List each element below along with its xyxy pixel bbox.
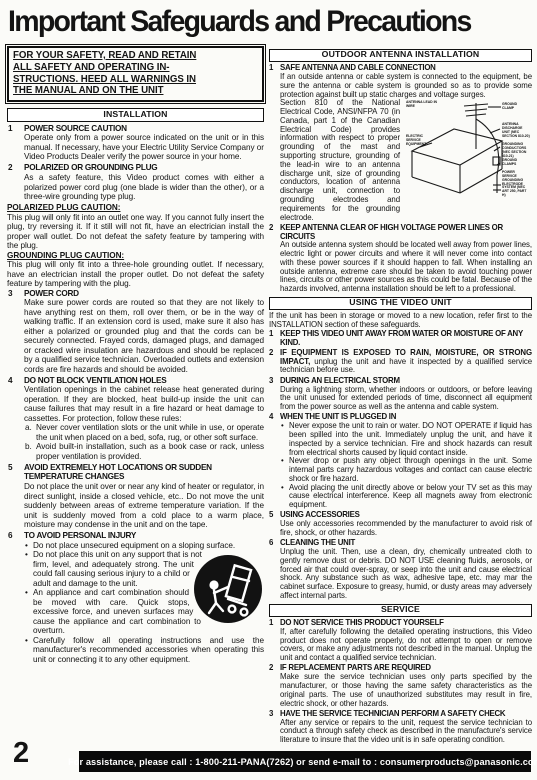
item-body: IF EQUIPMENT IS EXPOSED TO RAIN, MOISTUR…: [280, 349, 532, 375]
item-title: DO NOT BLOCK VENTILATION HOLES: [24, 376, 264, 386]
bullet: Never expose the unit to rain or water. …: [280, 422, 532, 457]
section-header-installation: INSTALLATION: [7, 108, 264, 122]
rule-text: Avoid built-in installation, such as a b…: [36, 442, 264, 461]
using-item-2: 2 IF EQUIPMENT IS EXPOSED TO RAIN, MOIST…: [269, 349, 532, 375]
item-number: 5: [269, 511, 273, 520]
installation-item-2: 2 POLARIZED OR GROUNDING PLUG As a safet…: [7, 163, 264, 201]
item-number: 2: [269, 664, 273, 673]
item-body: Use only accessories recommended by the …: [280, 520, 532, 538]
item-body: Section 810 of the National Electrical C…: [280, 98, 400, 221]
caution-title: GROUNDING PLUG CAUTION:: [7, 251, 264, 261]
item-body: An outside antenna system should be loca…: [280, 241, 532, 294]
item-title: POWER CORD: [24, 289, 264, 299]
section-header-outdoor-antenna: OUTDOOR ANTENNA INSTALLATION: [269, 49, 532, 62]
item-number: 4: [269, 413, 273, 422]
installation-item-6: 6 TO AVOID PERSONAL INJURY Do not place …: [7, 531, 264, 664]
bullet: Avoid placing the unit directly above or…: [280, 484, 532, 510]
item-body: If, after carefully following the detail…: [280, 628, 532, 663]
using-item-5: 5 USING ACCESSORIES Use only accessories…: [269, 511, 532, 537]
rule-label: a.: [25, 423, 32, 433]
item-body: Operate only from a power source indicat…: [24, 133, 264, 162]
item-number: 2: [8, 163, 13, 173]
caution-body: This plug will only fit into a three-hol…: [7, 260, 264, 289]
item-body: If an outside antenna or cable system is…: [280, 73, 532, 99]
bullet: Do not place this unit on any support th…: [24, 550, 264, 588]
section-header-service: SERVICE: [269, 604, 532, 617]
notice-line: ALL SAFETY AND OPERATING IN-: [13, 62, 258, 74]
left-column: FOR YOUR SAFETY, READ AND RETAIN ALL SAF…: [7, 46, 264, 666]
installation-item-3: 3 POWER CORD Make sure power cords are r…: [7, 289, 264, 375]
using-item-6: 6 CLEANING THE UNIT Unplug the unit. The…: [269, 539, 532, 600]
item-number: 3: [8, 289, 13, 299]
diagram-label: ANTENNA LEAD IN WIRE: [406, 101, 446, 108]
notice-line: STRUCTIONS. HEED ALL WARNINGS IN: [13, 74, 258, 86]
item-number: 1: [8, 124, 13, 134]
item-body-rest: unplug the unit and have it inspected by…: [280, 357, 532, 375]
item-number: 5: [8, 463, 13, 473]
bullet: Never drop or push any object through op…: [280, 457, 532, 483]
item-title: TO AVOID PERSONAL INJURY: [24, 531, 264, 541]
diagram-label: ELECTRIC SERVICE EQUIPMENT: [406, 135, 430, 146]
item-body: Do not place the unit over or near any k…: [24, 482, 264, 530]
bullet: Do not place unsecured equipment on a sl…: [24, 541, 264, 551]
service-item-3: 3 HAVE THE SERVICE TECHNICIAN PERFORM A …: [269, 710, 532, 745]
service-item-1: 1 DO NOT SERVICE THIS PRODUCT YOURSELF I…: [269, 619, 532, 663]
diagram-label: GROUND CLAMP: [502, 103, 530, 110]
item-title: POLARIZED OR GROUNDING PLUG: [24, 163, 264, 173]
item-body: After any service or repairs to the unit…: [280, 719, 532, 745]
assistance-footer-bar: For assistance, please call : 1-800-211-…: [79, 751, 531, 772]
using-intro: If the unit has been in storage or moved…: [269, 312, 532, 330]
item-number: 1: [269, 619, 273, 628]
item-title: AVOID EXTREMELY HOT LOCATIONS OR SUDDEN …: [24, 463, 264, 482]
outdoor-item-2: 2 KEEP ANTENNA CLEAR OF HIGH VOLTAGE POW…: [269, 224, 532, 294]
item-number: 2: [269, 349, 273, 358]
caution-title: POLARIZED PLUG CAUTION:: [7, 203, 264, 213]
rule-a: a. Never cover ventilation slots or the …: [24, 423, 264, 442]
item-number: 6: [269, 539, 273, 548]
grounding-plug-caution: GROUNDING PLUG CAUTION: This plug will o…: [7, 251, 264, 289]
item-number: 2: [269, 224, 273, 233]
polarized-plug-caution: POLARIZED PLUG CAUTION: This plug will o…: [7, 203, 264, 251]
notice-line: THE MANUAL AND ON THE UNIT: [13, 85, 258, 97]
caution-body: This plug will only fit into an outlet o…: [7, 213, 264, 251]
rule-b: b. Avoid built-in installation, such as …: [24, 442, 264, 461]
notice-line: FOR YOUR SAFETY, READ AND RETAIN: [13, 50, 258, 62]
diagram-label: GROUNDING CONDUCTORS (NEC SECTION 810-21…: [502, 143, 530, 158]
installation-item-1: 1 POWER SOURCE CAUTION Operate only from…: [7, 124, 264, 162]
right-column: OUTDOOR ANTENNA INSTALLATION 1 SAFE ANTE…: [269, 46, 532, 746]
safety-notice-box: FOR YOUR SAFETY, READ AND RETAIN ALL SAF…: [7, 46, 264, 102]
diagram-label: POWER SERVICE GROUNDING ELECTRODE SYSTEM…: [502, 171, 530, 197]
item-body: Make sure the service technician uses on…: [280, 673, 532, 708]
section-header-using-video-unit: USING THE VIDEO UNIT: [269, 297, 532, 310]
manual-page: Important Safeguards and Precautions FOR…: [0, 0, 537, 780]
item-title: KEEP THIS VIDEO UNIT AWAY FROM WATER OR …: [280, 330, 532, 348]
service-item-2: 2 IF REPLACEMENT PARTS ARE REQUIRED Make…: [269, 664, 532, 708]
item-number: 1: [269, 64, 273, 73]
item-title: KEEP ANTENNA CLEAR OF HIGH VOLTAGE POWER…: [280, 224, 532, 242]
outdoor-item-1: 1 SAFE ANTENNA AND CABLE CONNECTION If a…: [269, 64, 532, 222]
page-title: Important Safeguards and Precautions: [8, 5, 511, 39]
item-title: POWER SOURCE CAUTION: [24, 124, 264, 134]
item-body: Make sure power cords are routed so that…: [24, 298, 264, 374]
installation-item-4: 4 DO NOT BLOCK VENTILATION HOLES Ventila…: [7, 376, 264, 462]
using-item-3: 3 DURING AN ELECTRICAL STORM During a li…: [269, 377, 532, 412]
item-number: 3: [269, 377, 273, 386]
item-body: As a safety feature, this Video product …: [24, 173, 264, 202]
page-number: 2: [13, 737, 29, 770]
item-body-wrap: ANTENNA LEAD IN WIRE GROUND CLAMP ANTENN…: [280, 99, 532, 222]
item-body: Ventilation openings in the cabinet rele…: [24, 385, 264, 423]
bullet: Carefully follow all operating instructi…: [24, 636, 264, 665]
installation-item-5: 5 AVOID EXTREMELY HOT LOCATIONS OR SUDDE…: [7, 463, 264, 530]
rule-label: b.: [25, 442, 32, 452]
item-number: 1: [269, 330, 273, 339]
bullet: An appliance and cart combination should…: [24, 588, 264, 636]
using-item-1: 1 KEEP THIS VIDEO UNIT AWAY FROM WATER O…: [269, 330, 532, 348]
item-number: 4: [8, 376, 13, 386]
item-body: During a lightning storm, whether indoor…: [280, 386, 532, 412]
using-item-4: 4 WHEN THE UNIT IS PLUGGED IN Never expo…: [269, 413, 532, 510]
diagram-label: ANTENNA DISCHARGE UNIT (NEC SECTION 810-…: [502, 123, 530, 138]
diagram-label: GROUND CLAMPS: [502, 159, 530, 166]
item-number: 6: [8, 531, 13, 541]
item-number: 3: [269, 710, 273, 719]
item-bullets: Do not place unsecured equipment on a sl…: [24, 541, 264, 665]
rule-text: Never cover ventilation slots or the uni…: [36, 423, 264, 442]
item-body: Unplug the unit. Then, use a clean, dry,…: [280, 548, 532, 601]
antenna-grounding-diagram: ANTENNA LEAD IN WIRE GROUND CLAMP ANTENN…: [404, 99, 532, 203]
